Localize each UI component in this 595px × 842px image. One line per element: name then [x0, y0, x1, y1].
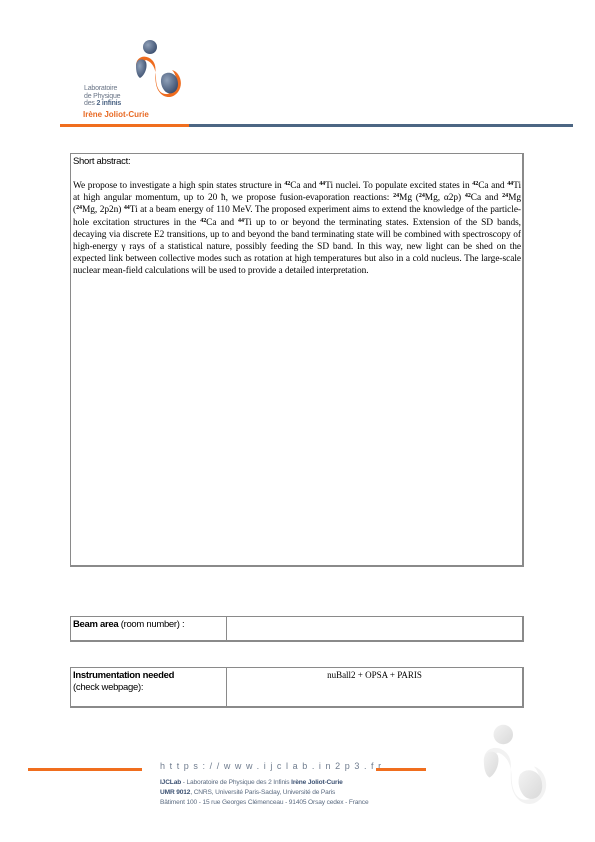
logo-line-3-prefix: des — [84, 100, 95, 107]
footer-line-1: IJCLab - Laboratoire de Physique des 2 I… — [160, 778, 368, 788]
logo-line-3-bold: 2 infinis — [96, 100, 121, 107]
footer-line-2: UMR 9012, CNRS, Université Paris-Saclay,… — [160, 788, 368, 798]
beam-area-row: Beam area (room number) : — [70, 616, 524, 642]
beam-area-label-bold: Beam area — [73, 619, 118, 630]
footer-line-2-rest: , CNRS, Université Paris-Saclay, Univers… — [190, 789, 335, 796]
mass-number-superscript: 44 — [319, 181, 325, 187]
mass-number-superscript: 24 — [76, 205, 82, 211]
logo-line-3: des 2 infinis — [84, 100, 121, 108]
cell-divider — [226, 617, 227, 640]
ijclab-logo-icon — [132, 38, 182, 110]
short-abstract-text: We propose to investigate a high spin st… — [73, 180, 521, 278]
header-rule-blue — [189, 124, 573, 127]
instrumentation-value[interactable]: nuBall2 + OPSA + PARIS — [227, 670, 522, 680]
logo-line-1: Laboratoire — [84, 85, 121, 93]
mass-number-superscript: 42 — [465, 193, 471, 199]
logo-line-2: de Physique — [84, 93, 121, 101]
mass-number-superscript: 44 — [507, 181, 513, 187]
footer-line-1-rest: - Laboratoire de Physique des 2 Infinis — [181, 779, 291, 786]
mass-number-superscript: 42 — [472, 181, 478, 187]
beam-area-label: Beam area (room number) : — [73, 619, 184, 631]
watermark-logo-icon — [478, 722, 548, 822]
mass-number-superscript: 44 — [238, 218, 244, 224]
header-rule-orange — [60, 124, 189, 127]
footer-address: IJCLab - Laboratoire de Physique des 2 I… — [160, 778, 368, 808]
instrumentation-label-bold: Instrumentation needed — [73, 670, 174, 681]
footer-url[interactable]: https://www.ijclab.in2p3.fr — [160, 761, 386, 771]
mass-number-superscript: 42 — [284, 181, 290, 187]
footer-line-2-bold: UMR 9012 — [160, 789, 190, 796]
footer-rule-right — [376, 768, 426, 771]
mass-number-superscript: 42 — [200, 218, 206, 224]
beam-area-label-rest: (room number) : — [118, 619, 184, 630]
footer-line-1-bold2: Irène Joliot-Curie — [291, 779, 343, 786]
logo-institute-name: Irène Joliot-Curie — [83, 110, 149, 119]
logo-lab-name: Laboratoire de Physique des 2 infinis — [84, 85, 121, 108]
ijclab-logo: Laboratoire de Physique des 2 infinis Ir… — [80, 38, 190, 118]
footer-rule-left — [28, 768, 142, 771]
mass-number-superscript: 44 — [124, 205, 130, 211]
footer-line-1-bold: IJCLab — [160, 779, 181, 786]
mass-number-superscript: 24 — [502, 193, 508, 199]
mass-number-superscript: 24 — [419, 193, 425, 199]
short-abstract-box: Short abstract: We propose to investigat… — [70, 153, 524, 567]
instrumentation-row: Instrumentation needed(check webpage): n… — [70, 667, 524, 708]
short-abstract-label: Short abstract: — [73, 156, 130, 167]
instrumentation-label: Instrumentation needed(check webpage): — [73, 670, 174, 694]
instrumentation-label-rest: (check webpage): — [73, 682, 143, 693]
mass-number-superscript: 24 — [393, 193, 399, 199]
footer-line-3: Bâtiment 100 - 15 rue Georges Clémenceau… — [160, 798, 368, 808]
